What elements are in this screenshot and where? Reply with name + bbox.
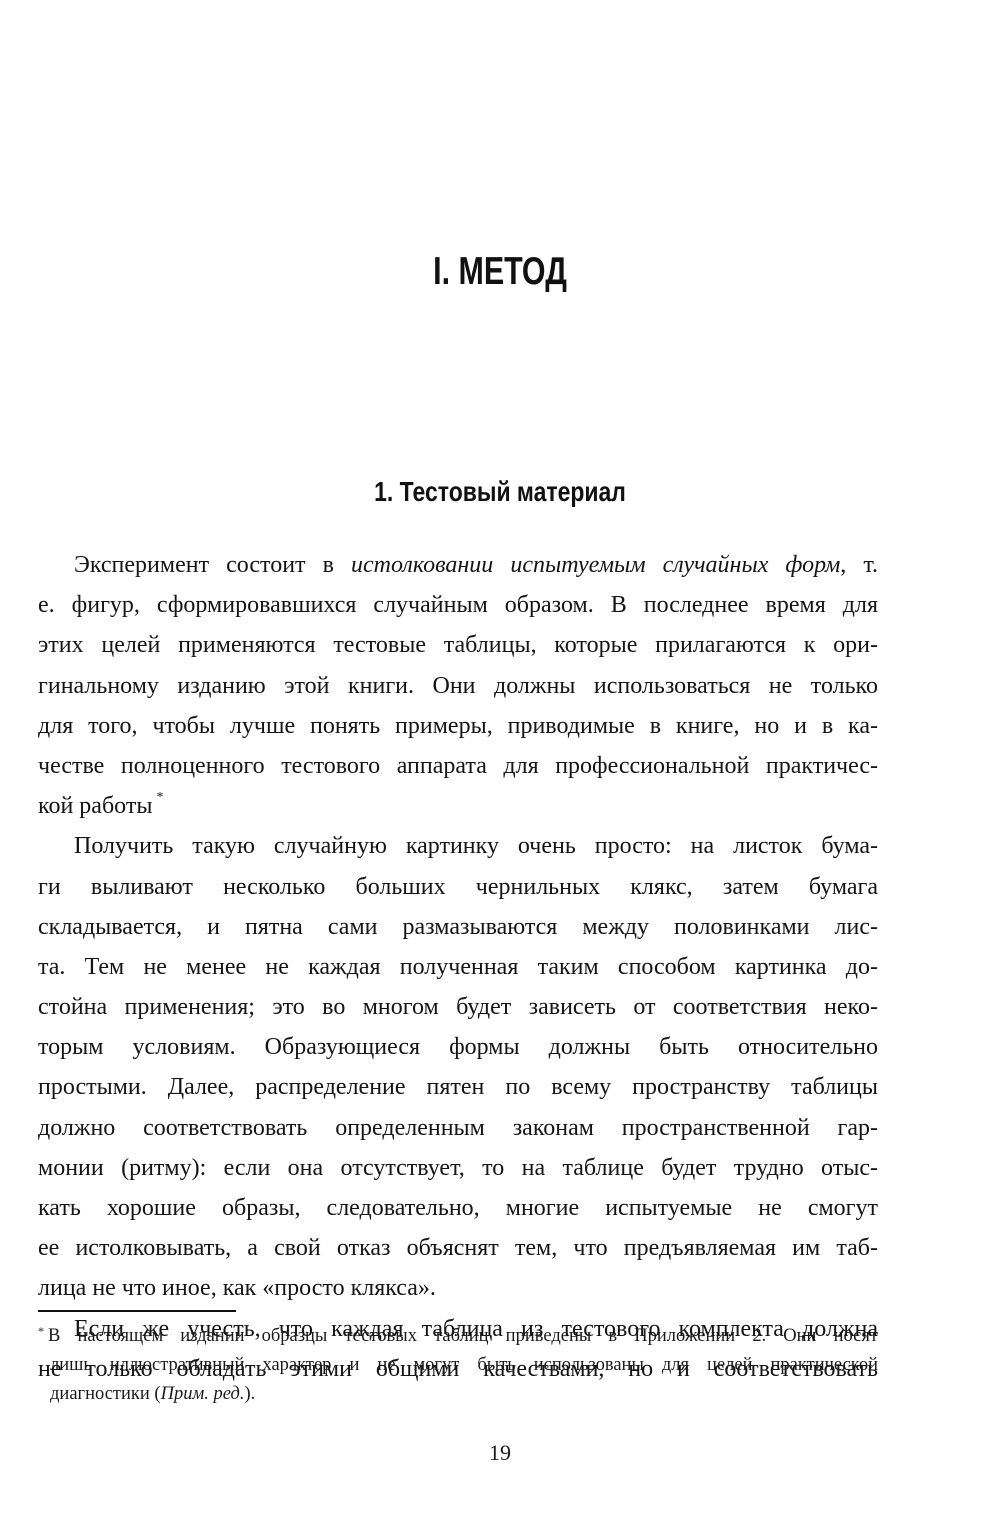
text-line: стойна применения; это во многом будет з… (38, 987, 878, 1027)
text-line: простыми. Далее, распределение пятен по … (38, 1067, 878, 1107)
text-line: для того, чтобы лучше понять примеры, пр… (38, 706, 878, 746)
text-line: Получить такую случайную картинку очень … (38, 826, 878, 866)
section-title: 1. Тестовый материал (90, 476, 910, 508)
text-run: , т. (840, 552, 878, 578)
text-line: та. Тем не менее не каждая полученная та… (38, 947, 878, 987)
text-line: торым условиям. Образующиеся формы должн… (38, 1027, 878, 1067)
chapter-title: I. МЕТОД (110, 250, 890, 294)
text-line: ее истолковывать, а свой отказ объяснят … (38, 1228, 878, 1268)
text-run: ). (245, 1384, 256, 1404)
text-line: честве полноценного тестового аппарата д… (38, 746, 878, 786)
footnote-reference[interactable]: * (156, 790, 163, 805)
text-run: В настоящем издании образцы тестовых таб… (48, 1326, 878, 1346)
footnote: *В настоящем издании образцы тестовых та… (38, 1322, 878, 1409)
footnote-line: *В настоящем издании образцы тестовых та… (38, 1322, 878, 1351)
footnote-mark: * (38, 1324, 44, 1338)
text-line: кой работы* (38, 786, 878, 826)
text-run: диагностики ( (50, 1384, 161, 1404)
text-line: ги выливают несколько больших чернильных… (38, 867, 878, 907)
text-line: гинальному изданию этой книги. Они должн… (38, 666, 878, 706)
editor-note: Прим. ред. (161, 1384, 245, 1404)
text-line: лица не что иное, как «просто клякса». (38, 1268, 878, 1308)
text-line: кать хорошие образы, следовательно, мног… (38, 1188, 878, 1228)
italic-phrase: истолковании испытуемым случайных форм (351, 552, 840, 578)
text-line: должно соответствовать определенным зако… (38, 1108, 878, 1148)
footnote-divider (38, 1310, 236, 1312)
text-line: Эксперимент состоит в истолковании испыт… (38, 545, 878, 585)
page-number: 19 (0, 1440, 1000, 1466)
footnote-line: лишь иллюстративный характер и не могут … (38, 1351, 878, 1380)
body-text: Эксперимент состоит в истолковании испыт… (38, 545, 878, 1389)
text-run: Эксперимент состоит в (74, 552, 351, 578)
text-line: этих целей применяются тестовые таблицы,… (38, 625, 878, 665)
book-page: I. МЕТОД 1. Тестовый материал Эксперимен… (0, 0, 1000, 1529)
text-line: е. фигур, сформировавшихся случайным обр… (38, 585, 878, 625)
text-line: складывается, и пятна сами размазываются… (38, 907, 878, 947)
text-run: кой работы (38, 793, 152, 819)
footnote-line: диагностики (Прим. ред.). (38, 1380, 878, 1409)
text-line: монии (ритму): если она отсутствует, то … (38, 1148, 878, 1188)
